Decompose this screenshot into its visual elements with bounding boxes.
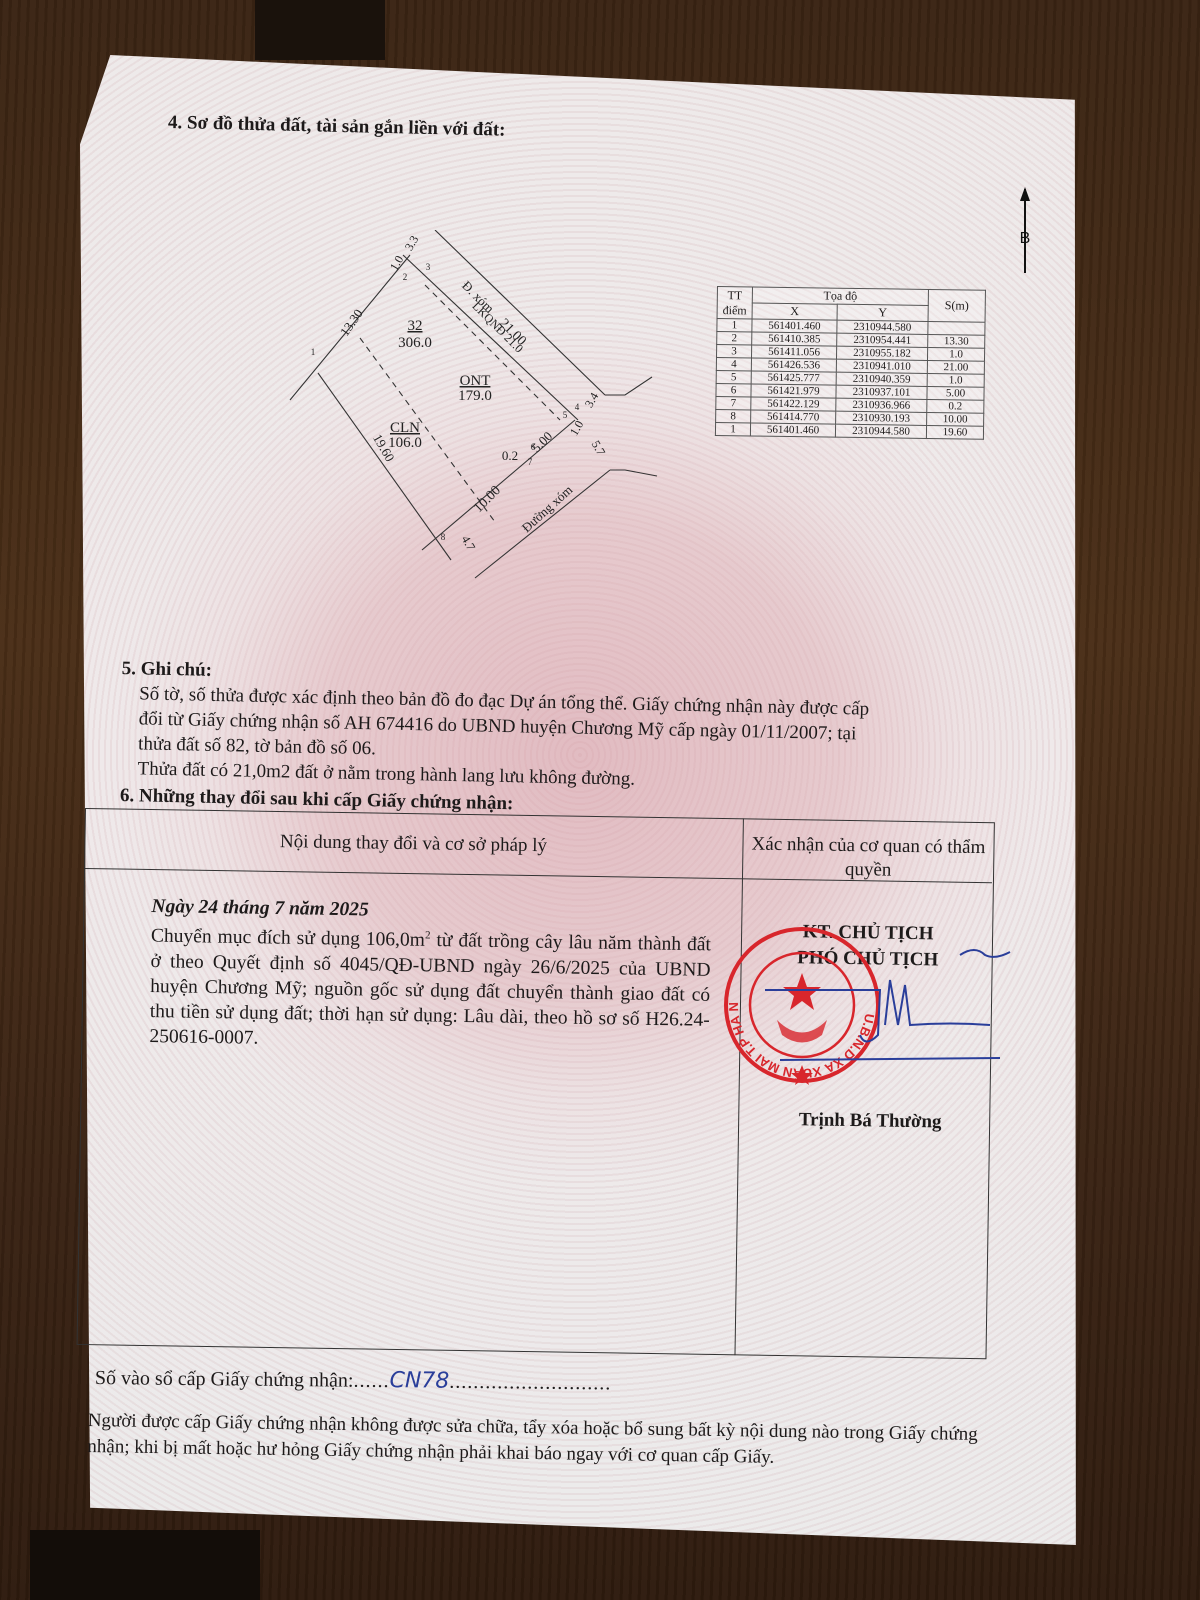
header-y: Y (837, 304, 928, 321)
svg-text:32: 32 (408, 318, 423, 334)
svg-text:4.7: 4.7 (459, 533, 479, 553)
svg-text:3: 3 (426, 262, 431, 272)
changes-table: Nội dung thay đổi và cơ sở pháp lý Xác n… (76, 808, 995, 1382)
svg-text:13.30: 13.30 (337, 306, 366, 339)
desk-shadow (255, 0, 385, 60)
svg-text:CLN: CLN (390, 420, 420, 436)
svg-text:2: 2 (403, 272, 408, 282)
svg-text:ONT: ONT (460, 373, 491, 389)
svg-text:1: 1 (311, 347, 316, 357)
change-entry: Ngày 24 tháng 7 năm 2025 Chuyển mục đích… (149, 894, 711, 1057)
coordinate-table: TT điểm Tọa độ S(m) X Y 1561401.46023109… (715, 286, 986, 440)
section-5-notes: 5. Ghi chú: Số tờ, số thửa được xác định… (119, 656, 1001, 799)
signer-name: Trịnh Bá Thường (760, 1109, 980, 1134)
svg-text:5: 5 (563, 410, 568, 420)
svg-text:B: B (1020, 230, 1031, 247)
svg-text:6: 6 (531, 442, 536, 452)
svg-text:179.0: 179.0 (458, 388, 492, 404)
desk-shadow (30, 1530, 260, 1600)
svg-text:7: 7 (528, 457, 533, 467)
changes-col-approval-header: Xác nhận của cơ quan có thẩm quyền (744, 832, 993, 884)
header-point: TT điểm (717, 287, 752, 319)
change-text: Chuyển mục đích sử dụng 106,0m (151, 926, 425, 951)
svg-text:Đường xóm: Đường xóm (519, 482, 576, 535)
svg-text:5.7: 5.7 (589, 438, 609, 458)
header-length: S(m) (928, 289, 985, 322)
svg-text:1.0: 1.0 (567, 418, 587, 438)
svg-text:4: 4 (575, 402, 580, 412)
svg-text:306.0: 306.0 (398, 335, 432, 351)
svg-text:8: 8 (441, 532, 446, 542)
svg-text:3.3: 3.3 (402, 233, 422, 253)
land-plot-sketch: 32306.0ONT179.0CLN106.0Đ. xómĐường xómLK… (285, 230, 665, 580)
handwritten-signature (760, 940, 1020, 1070)
north-arrow-icon: B (1010, 185, 1040, 275)
svg-text:0.2: 0.2 (502, 448, 518, 463)
registry-label: Số vào sổ cấp Giấy chứng nhận: (95, 1367, 354, 1392)
svg-text:3.4: 3.4 (582, 390, 602, 410)
registry-value: CN78 (389, 1368, 449, 1394)
header-x: X (752, 303, 837, 320)
